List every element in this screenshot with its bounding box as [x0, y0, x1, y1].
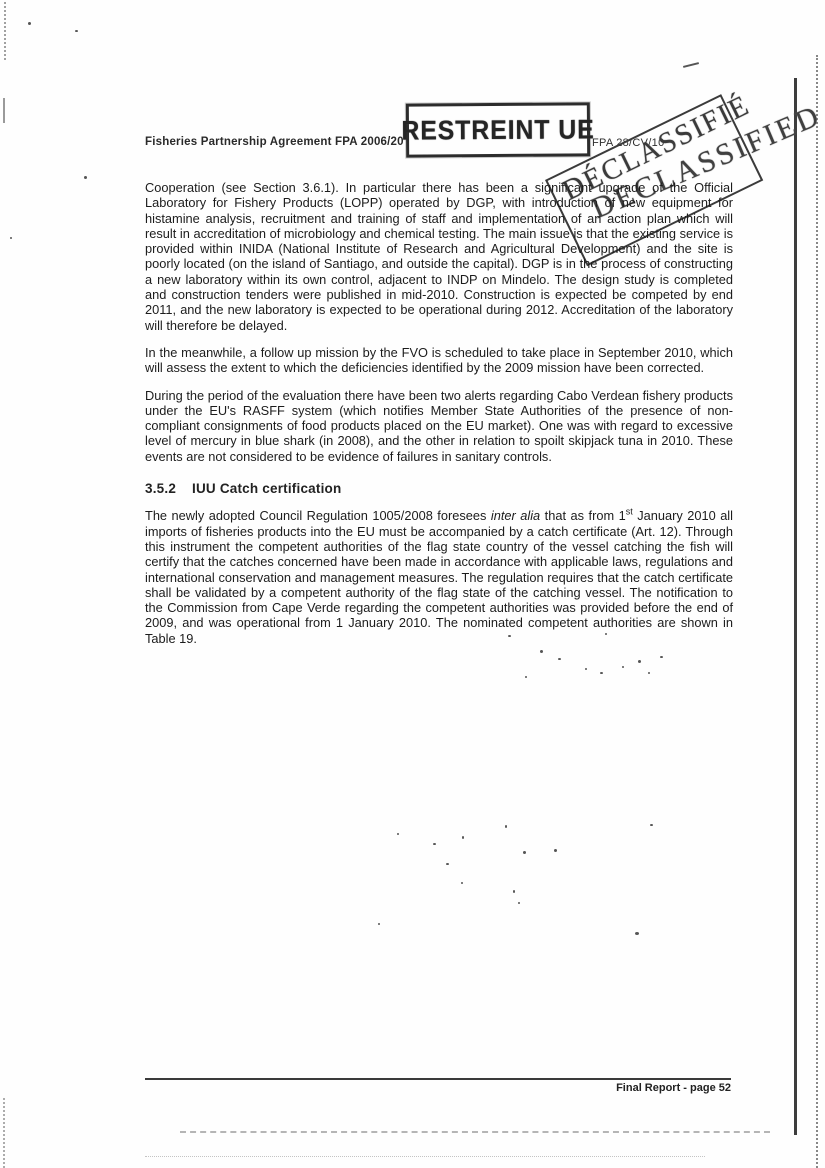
- scan-artifact-right-line-thick: [794, 78, 797, 1135]
- paragraph-laboratory-upgrade: Cooperation (see Section 3.6.1). In part…: [145, 180, 733, 333]
- speck: [585, 668, 587, 670]
- speck: [638, 660, 641, 663]
- speck: [28, 22, 31, 25]
- section-heading: 3.5.2IUU Catch certification: [145, 481, 733, 496]
- speck: [648, 672, 650, 674]
- scan-artifact-left-dots-top: [4, 2, 6, 60]
- para4-post: January 2010 all imports of fisheries pr…: [145, 508, 733, 645]
- document-body: Cooperation (see Section 3.6.1). In part…: [145, 180, 733, 658]
- para4-mid: that as from 1: [540, 508, 626, 523]
- section-title: IUU Catch certification: [192, 481, 341, 496]
- speck: [523, 851, 526, 854]
- speck: [635, 932, 639, 935]
- speck: [554, 849, 557, 852]
- speck: [505, 825, 507, 828]
- scan-artifact-right-line-dotted: [816, 55, 818, 1168]
- speck: [84, 176, 87, 179]
- scan-artifact-left-dots-bottom: [3, 1098, 5, 1168]
- restreint-ue-stamp-text: RESTREINT UE: [401, 114, 594, 146]
- section-number: 3.5.2: [145, 481, 176, 496]
- speck: [600, 672, 603, 674]
- para4-inter-alia: inter alia: [491, 508, 540, 523]
- scanned-document-page: Fisheries Partnership Agreement FPA 2006…: [0, 0, 825, 1168]
- speck: [622, 666, 624, 668]
- scan-artifact-bottom-dots: [145, 1156, 705, 1157]
- speck: [513, 890, 515, 893]
- speck: [10, 237, 12, 239]
- speck: [558, 658, 561, 660]
- speck: [462, 836, 464, 839]
- page-footer: Final Report - page 52: [431, 1082, 731, 1094]
- restreint-ue-stamp: RESTREINT UE: [406, 102, 590, 157]
- speck: [397, 833, 399, 835]
- footer-rule: [145, 1078, 731, 1080]
- speck: [650, 824, 653, 826]
- scan-artifact-bottom-dashes: [180, 1131, 770, 1133]
- speck: [433, 843, 436, 845]
- speck: [461, 882, 463, 884]
- speck: [525, 676, 527, 678]
- para4-superscript: st: [626, 507, 633, 517]
- scan-artifact-left-line: [3, 98, 5, 123]
- speck: [378, 923, 380, 925]
- speck: [518, 902, 520, 904]
- speck: [446, 863, 449, 865]
- document-reference: Fisheries Partnership Agreement FPA 2006…: [145, 136, 404, 148]
- para4-pre: The newly adopted Council Regulation 100…: [145, 508, 491, 523]
- paragraph-catch-certification: The newly adopted Council Regulation 100…: [145, 508, 733, 646]
- speck: [75, 30, 78, 32]
- paragraph-rasff-alerts: During the period of the evaluation ther…: [145, 388, 733, 464]
- scan-artifact-top-right-dash: [683, 62, 699, 68]
- paragraph-fvo-mission: In the meanwhile, a follow up mission by…: [145, 345, 733, 376]
